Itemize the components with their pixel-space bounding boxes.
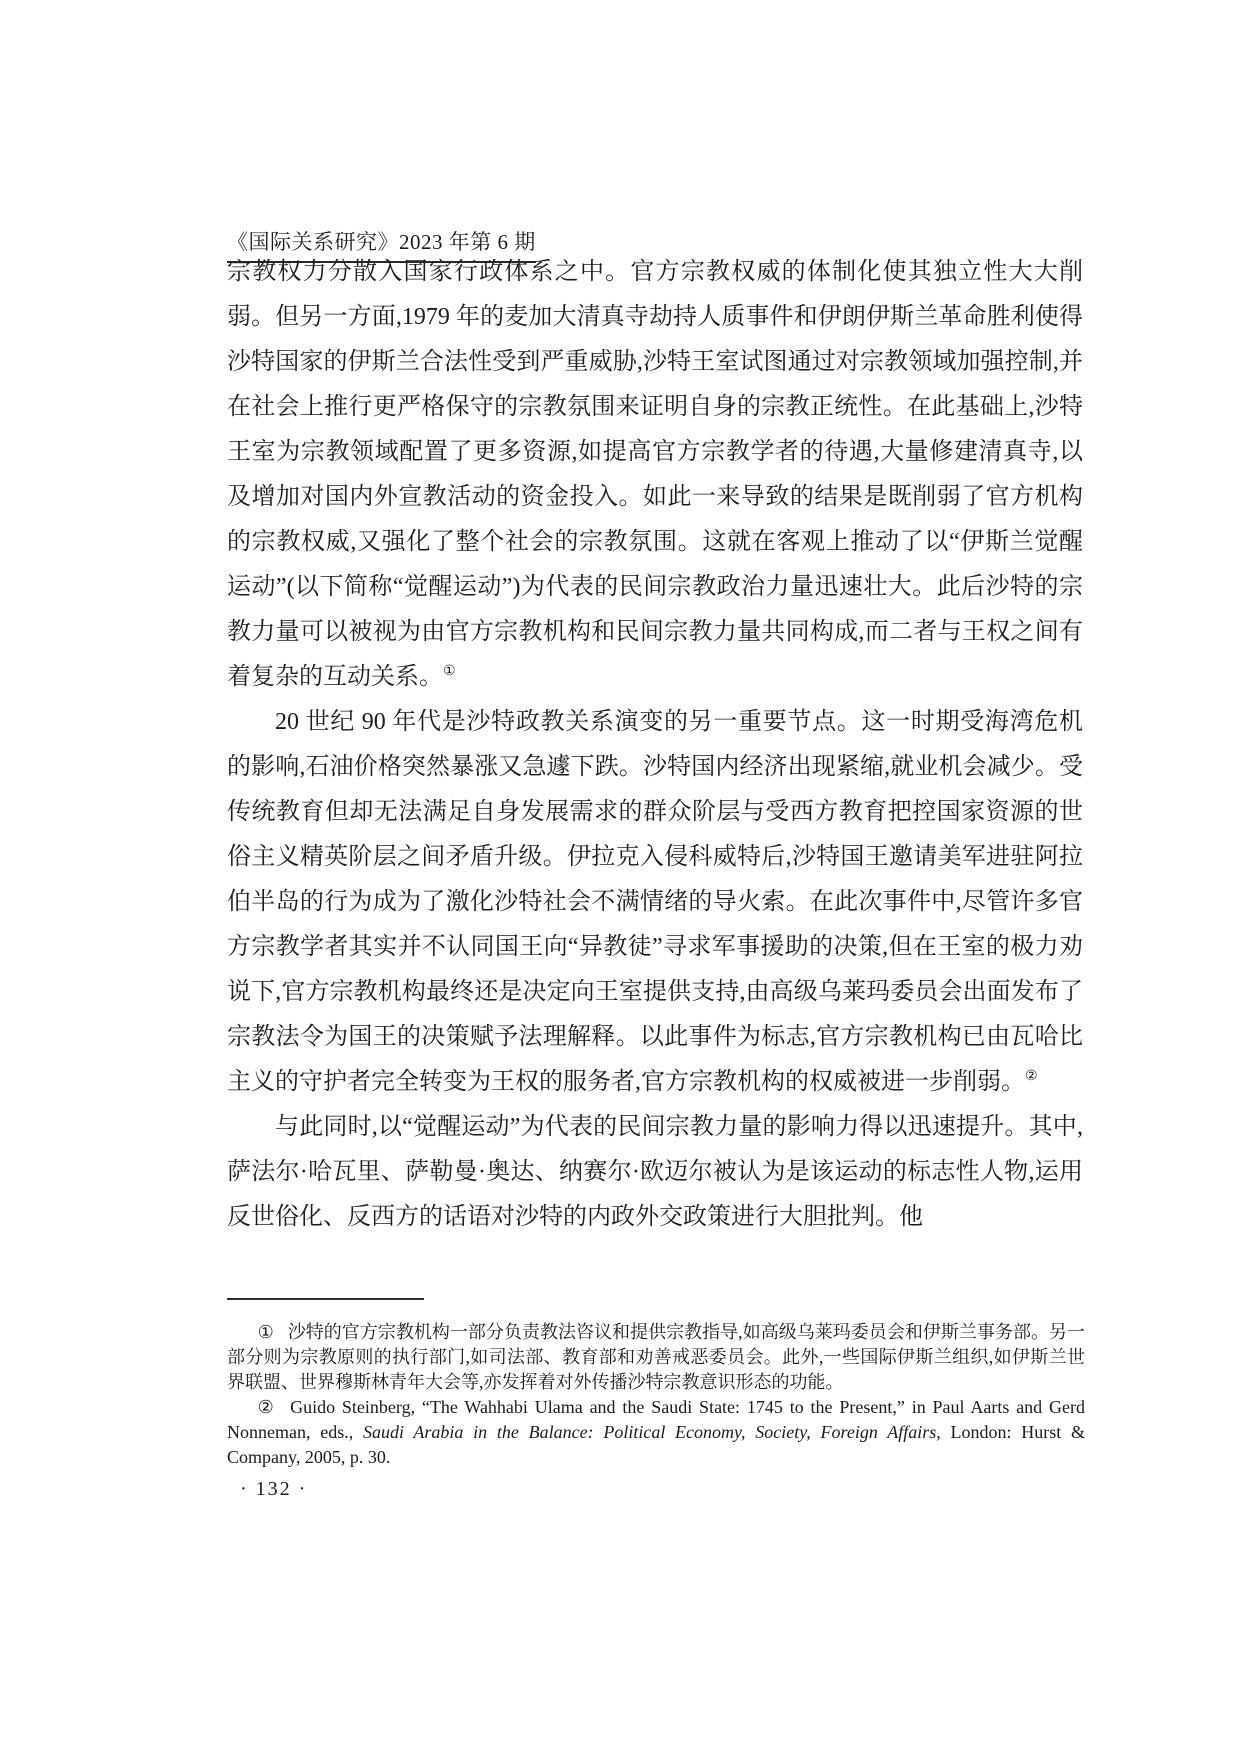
footnote-separator	[227, 1298, 424, 1300]
footnote-2-book-title: Saudi Arabia in the Balance: Political E…	[363, 1422, 936, 1442]
footnote-1: ①沙特的官方宗教机构一部分负责教法咨议和提供宗教指导,如高级乌莱玛委员会和伊斯兰…	[227, 1320, 1085, 1395]
journal-page: 《国际关系研究》2023 年第 6 期 宗教权力分散入国家行政体系之中。官方宗教…	[0, 0, 1239, 1753]
footnote-2: ②Guido Steinberg, “The Wahhabi Ulama and…	[227, 1395, 1085, 1470]
paragraph-1: 宗教权力分散入国家行政体系之中。官方宗教权威的体制化使其独立性大大削弱。但另一方…	[227, 250, 1083, 700]
paragraph-2: 20 世纪 90 年代是沙特政教关系演变的另一重要节点。这一时期受海湾危机的影响…	[227, 700, 1083, 1105]
paragraph-3-text: 与此同时,以“觉醒运动”为代表的民间宗教力量的影响力得以迅速提升。其中,萨法尔·…	[227, 1114, 1083, 1230]
paragraph-1-text: 宗教权力分散入国家行政体系之中。官方宗教权威的体制化使其独立性大大削弱。但另一方…	[227, 259, 1083, 690]
footnote-ref-1: ①	[443, 664, 456, 679]
footnote-1-marker: ①	[258, 1322, 274, 1342]
article-body: 宗教权力分散入国家行政体系之中。官方宗教权威的体制化使其独立性大大削弱。但另一方…	[227, 250, 1083, 1240]
footnote-1-text: 沙特的官方宗教机构一部分负责教法咨议和提供宗教指导,如高级乌莱玛委员会和伊斯兰事…	[227, 1322, 1085, 1392]
paragraph-2-text: 20 世纪 90 年代是沙特政教关系演变的另一重要节点。这一时期受海湾危机的影响…	[227, 709, 1083, 1095]
footnote-ref-2: ②	[1025, 1069, 1038, 1084]
page-number: · 132 ·	[240, 1478, 307, 1501]
footnotes-block: ①沙特的官方宗教机构一部分负责教法咨议和提供宗教指导,如高级乌莱玛委员会和伊斯兰…	[227, 1320, 1085, 1470]
paragraph-3: 与此同时,以“觉醒运动”为代表的民间宗教力量的影响力得以迅速提升。其中,萨法尔·…	[227, 1105, 1083, 1240]
footnote-2-marker: ②	[258, 1397, 276, 1417]
